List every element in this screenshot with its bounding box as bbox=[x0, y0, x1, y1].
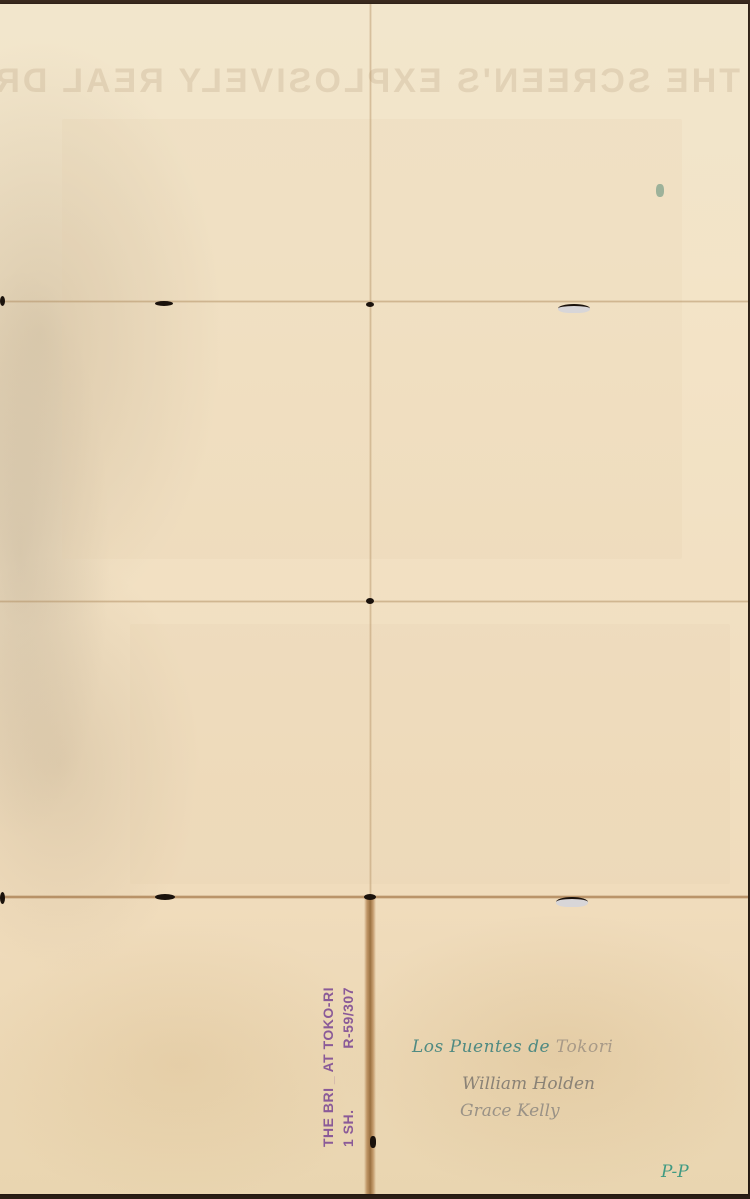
edge-nick bbox=[0, 892, 5, 904]
handwritten-code: P-P bbox=[661, 1162, 689, 1182]
stained-vertical-fold bbox=[364, 899, 376, 1194]
bleed-through-header: THE SCREEN'S EXPLOSIVELY REAL DRAMA OF L… bbox=[20, 62, 740, 102]
photo-scene: THE SCREEN'S EXPLOSIVELY REAL DRAMA OF L… bbox=[0, 0, 750, 1199]
poster-back: THE SCREEN'S EXPLOSIVELY REAL DRAMA OF L… bbox=[0, 4, 748, 1194]
fold-hole bbox=[364, 894, 376, 900]
ink-spot bbox=[656, 184, 664, 197]
fold-hole bbox=[155, 894, 175, 900]
handwritten-spanish-title: Los Puentes de Tokori bbox=[412, 1037, 613, 1057]
fold-hole bbox=[366, 302, 374, 307]
edge-nick bbox=[0, 296, 5, 306]
fold-hole bbox=[366, 598, 374, 604]
horizontal-fold-2 bbox=[0, 600, 748, 603]
bleed-through-lower-area bbox=[130, 624, 730, 884]
distribution-stamp: THE BRI _ AT TOKO-RI 1 SH. R-59/307 bbox=[318, 987, 358, 1147]
fold-hole bbox=[155, 301, 173, 306]
horizontal-fold-1 bbox=[0, 300, 748, 303]
edge-hole bbox=[370, 1136, 376, 1148]
paper-tear bbox=[556, 897, 588, 907]
stamp-line-1: THE BRI _ AT TOKO-RI bbox=[318, 987, 338, 1147]
handwritten-actor-2: Grace Kelly bbox=[460, 1101, 560, 1121]
paper-tear bbox=[558, 304, 590, 313]
handwritten-actor-1: William Holden bbox=[462, 1074, 595, 1094]
bleed-through-image-area bbox=[62, 119, 682, 559]
stamp-line-2: 1 SH. R-59/307 bbox=[338, 987, 358, 1147]
